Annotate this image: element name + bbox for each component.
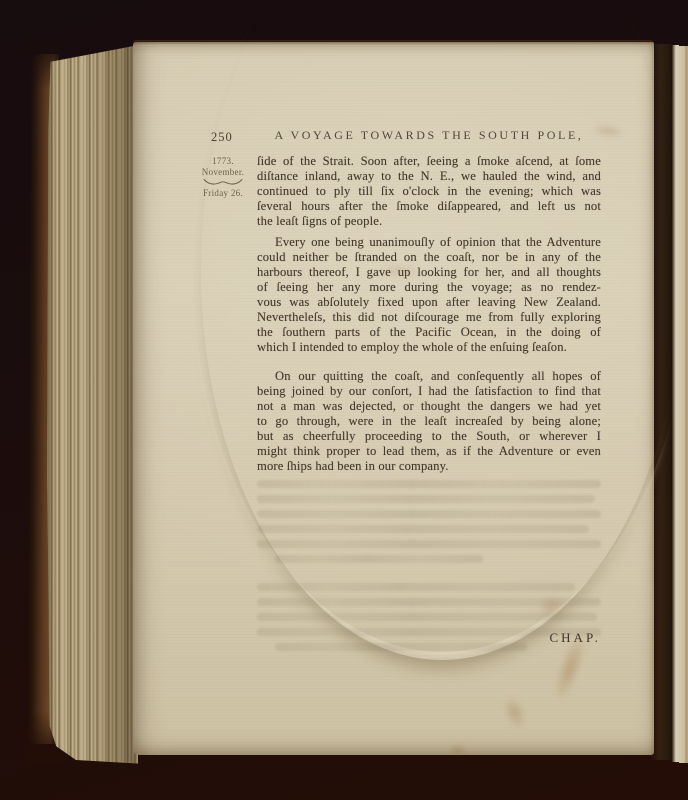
text-line: the ſouthern parts of the Pacific Ocean,… xyxy=(257,325,601,340)
show-through-line xyxy=(257,583,575,591)
text-line: not a man was dejected, or thought the d… xyxy=(257,399,601,414)
paragraph: Every one being unanimouſly of opinion t… xyxy=(257,235,601,355)
margin-note-brace-flourish xyxy=(202,178,244,186)
text-line: of ſeeing her any more during the voyage… xyxy=(257,280,601,295)
text-line: vous was abſolutely fixed upon after lea… xyxy=(257,295,601,310)
paragraph: ſide of the Strait. Soon after, ſeeing a… xyxy=(257,154,601,229)
margin-note-year: 1773. xyxy=(193,156,253,167)
foxing-stain xyxy=(445,742,471,758)
text-line: ſide of the Strait. Soon after, ſeeing a… xyxy=(257,154,601,169)
margin-date-note: 1773. November. Friday 26. xyxy=(193,156,253,199)
text-line: to go through, were in the leaſt increaſ… xyxy=(257,414,601,429)
facing-page-edge xyxy=(679,46,688,763)
page-number: 250 xyxy=(211,130,233,145)
text-line: but as cheerfully proceeding to the Sout… xyxy=(257,429,601,444)
text-line: On our quitting the coaſt, and conſequen… xyxy=(257,369,601,384)
gutter-shadow xyxy=(650,44,673,760)
show-through-line xyxy=(275,555,483,563)
show-through-line xyxy=(257,598,601,606)
show-through-line xyxy=(257,613,597,621)
show-through-line xyxy=(257,495,595,503)
text-line: continued to ply till ſix o'clock in the… xyxy=(257,184,601,199)
text-line: might think proper to lead them, as if t… xyxy=(257,444,601,459)
show-through-line xyxy=(257,480,601,488)
show-through-line xyxy=(257,570,601,583)
text-line: the leaſt ſigns of people. xyxy=(257,214,601,229)
text-line: diſtance inland, away to the N. E., we h… xyxy=(257,169,601,184)
text-line: ſeveral hours after the ſmoke diſappeare… xyxy=(257,199,601,214)
book-page: 250 A VOYAGE TOWARDS THE SOUTH POLE, 177… xyxy=(133,42,654,755)
text-line: being joined by our conſort, I had the ſ… xyxy=(257,384,601,399)
margin-note-month: November. xyxy=(193,167,253,178)
page-fore-edges xyxy=(44,43,138,765)
show-through-line xyxy=(257,510,601,518)
text-line: could neither be ſtranded on the coaſt, … xyxy=(257,250,601,265)
binding-fold xyxy=(672,45,679,762)
running-header: A VOYAGE TOWARDS THE SOUTH POLE, xyxy=(257,128,601,143)
margin-note-day: Friday 26. xyxy=(193,188,253,199)
book-scan-photo: 250 A VOYAGE TOWARDS THE SOUTH POLE, 177… xyxy=(0,0,688,800)
text-line: harbours thereof, I gave up looking for … xyxy=(257,265,601,280)
body-text: ſide of the Strait. Soon after, ſeeing a… xyxy=(257,154,601,474)
foxing-stain xyxy=(528,585,577,628)
catchword: CHAP. xyxy=(257,630,601,646)
text-line: Every one being unanimouſly of opinion t… xyxy=(257,235,601,250)
foxing-stain xyxy=(493,686,537,739)
text-line: which I intended to employ the whole of … xyxy=(257,340,601,355)
text-line: Nevertheleſs, this did not diſcourage me… xyxy=(257,310,601,325)
show-through-line xyxy=(257,525,589,533)
paragraph: On our quitting the coaſt, and conſequen… xyxy=(257,369,601,474)
text-line: more ſhips had been in our company. xyxy=(257,459,601,474)
show-through-line xyxy=(257,540,601,548)
